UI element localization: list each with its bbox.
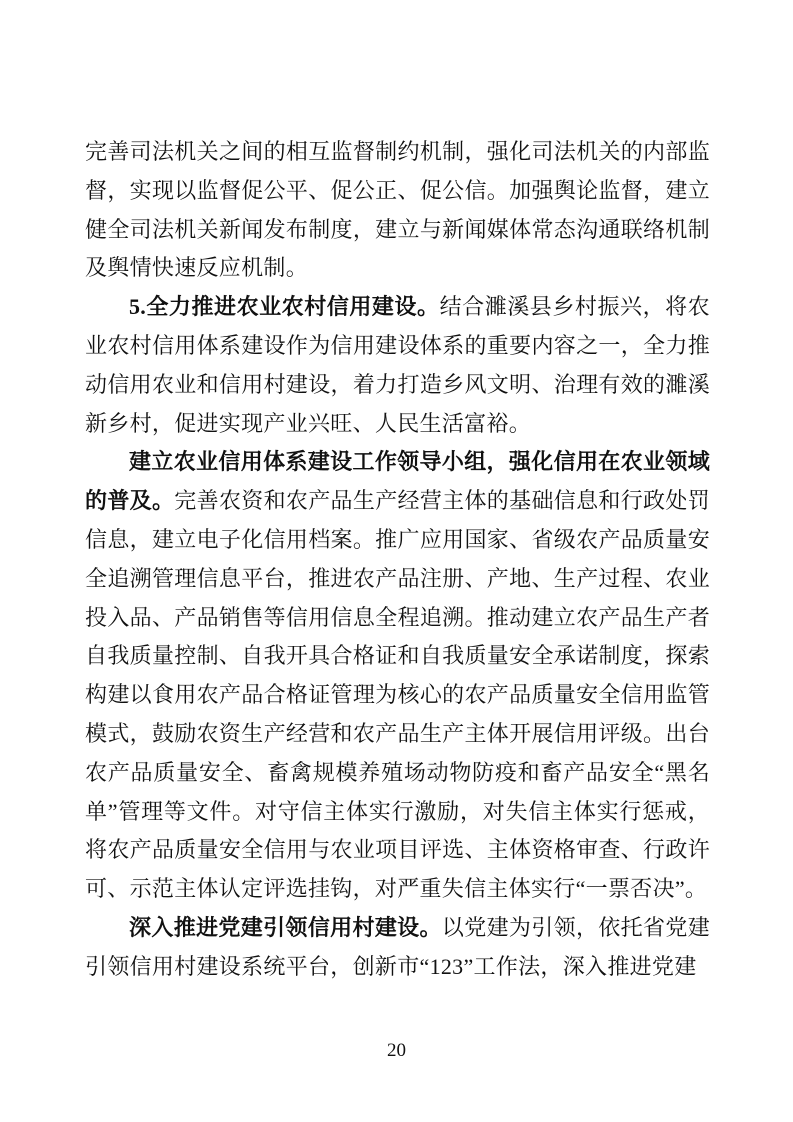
paragraph-rural-credit-heading: 5.全力推进农业农村信用建设。结合濉溪县乡村振兴，将农业农村信用体系建设作为信用… xyxy=(85,288,710,443)
paragraph-party-building-credit-village: 深入推进党建引领信用村建设。以党建为引领，依托省党建引领信用村建设系统平台，创新… xyxy=(85,909,710,987)
paragraph-lead: 5.全力推进农业农村信用建设。 xyxy=(129,294,440,319)
paragraph-lead: 深入推进党建引领信用村建设。 xyxy=(129,915,442,940)
body-text: 完善司法机关之间的相互监督制约机制，强化司法机关的内部监督，实现以监督促公平、促… xyxy=(85,133,710,987)
paragraph-text: 完善司法机关之间的相互监督制约机制，强化司法机关的内部监督，实现以监督促公平、促… xyxy=(85,139,710,280)
paragraph-judicial-supervision: 完善司法机关之间的相互监督制约机制，强化司法机关的内部监督，实现以监督促公平、促… xyxy=(85,133,710,288)
page-number: 20 xyxy=(0,1040,793,1062)
document-page: 完善司法机关之间的相互监督制约机制，强化司法机关的内部监督，实现以监督促公平、促… xyxy=(0,0,793,1122)
paragraph-agriculture-credit-system: 建立农业信用体系建设工作领导小组，强化信用在农业领域的普及。完善农资和农产品生产… xyxy=(85,443,710,909)
paragraph-text: 完善农资和农产品生产经营主体的基础信息和行政处罚信息，建立电子化信用档案。推广应… xyxy=(85,488,710,901)
